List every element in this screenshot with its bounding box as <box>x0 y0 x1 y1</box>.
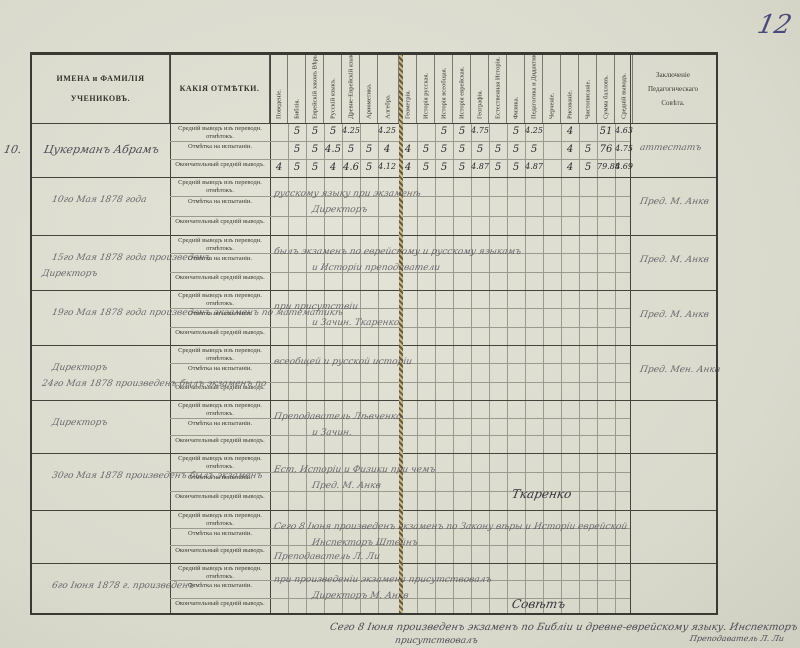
mark-label-final: Окончательный средній выводъ. <box>170 437 270 445</box>
handwritten-note: 15го Мая 1878 года произведенъ <box>51 253 211 263</box>
subject-label: Поведеніе. <box>275 89 282 119</box>
mark-label-final: Окончательный средній выводъ. <box>170 600 270 608</box>
grade-cell: 5 <box>324 126 342 137</box>
grade-cell: 5 <box>360 162 378 173</box>
grade-cell: 5 <box>507 144 525 155</box>
grade-cell: 4 <box>561 144 579 155</box>
mark-label-exam: Отмѣтка на испытаніи. <box>170 198 270 206</box>
grade-cell: 5 <box>489 162 507 173</box>
grade-cell: 4.69 <box>615 162 633 171</box>
grade-cell: 76 <box>597 144 615 155</box>
subject-label: Черченіе. <box>548 93 555 119</box>
grade-cell: 5 <box>306 162 324 173</box>
subject-label: Физика. <box>512 97 519 119</box>
subject-header-9: Исторія всеобщая. <box>435 55 453 123</box>
subject-label: Библія. <box>293 99 300 119</box>
block-divider <box>32 400 716 401</box>
handwritten-note: и Исторіи преподаватели <box>311 263 441 273</box>
grade-cell: 4.5 <box>324 144 342 155</box>
grade-cell: 5 <box>435 126 453 137</box>
mark-label-final: Окончательный средній выводъ. <box>170 161 270 169</box>
mark-label-exam: Отмѣтка на испытаніи. <box>170 143 270 151</box>
conclusion-note: Пред. Мен. Анкв <box>639 365 721 375</box>
mark-label-exam: Отмѣтка на испытаніи. <box>170 420 270 428</box>
signature: Ткаренко <box>511 487 573 501</box>
grade-cell: 4 <box>324 162 342 173</box>
handwritten-note: 24го Мая 1878 произведенъ былъ экзаменъ … <box>41 379 267 389</box>
grade-cell: 4 <box>399 162 417 173</box>
grade-cell: 5 <box>435 162 453 173</box>
subject-header-6: Алгебра. <box>378 55 399 123</box>
subject-label: Средній выводъ. <box>620 73 627 119</box>
handwritten-note: при произведеніи экзамена присутствовалъ <box>273 575 492 585</box>
grade-cell: 5 <box>453 144 471 155</box>
subject-label: Русскій языкъ. <box>329 78 336 119</box>
grade-cell: 79.88 <box>597 162 615 171</box>
footer-note-line2: присутствовалъ <box>394 636 478 646</box>
grade-cell: 4 <box>270 162 288 173</box>
subject-header-10: Исторія еврейская. <box>453 55 471 123</box>
grade-cell: 5 <box>417 162 435 173</box>
footer-note: Сего 8 Іюня произведенъ экзаменъ по Библ… <box>329 622 800 633</box>
grade-cell: 4.25 <box>525 126 543 135</box>
subject-label: Еврейскій законъ Вѣры. <box>311 55 318 119</box>
grade-cell: 51 <box>597 126 615 137</box>
handwritten-note: Директоръ <box>311 205 368 215</box>
grade-cell: 4.75 <box>471 126 489 135</box>
subject-label: Алгебра. <box>385 95 392 119</box>
grade-cell: 5 <box>417 144 435 155</box>
grade-cell: 4 <box>561 126 579 137</box>
subject-label: Рисованіе. <box>566 90 573 119</box>
conclusion-note: Пред. М. Анкв <box>639 255 709 265</box>
grade-cell: 5 <box>489 144 507 155</box>
signature: Совѣтъ <box>511 597 567 611</box>
subject-header-5: Ариѳметика. <box>360 55 378 123</box>
handwritten-note: 10го Мая 1878 года <box>51 195 147 205</box>
handwritten-note: Директоръ <box>51 363 108 373</box>
mark-label-final: Окончательный средній выводъ. <box>170 493 270 501</box>
grade-cell: 5 <box>507 126 525 137</box>
grade-cell: 4 <box>399 144 417 155</box>
subject-label: Педагогика и Дидактика. <box>530 55 537 119</box>
block-divider <box>32 563 716 564</box>
conclusion-note: Пред. М. Анкв <box>639 197 709 207</box>
mark-label-transfer: Средній выводъ изъ переводн. отмѣтокъ. <box>170 455 270 471</box>
subject-label: Ариѳметика. <box>365 83 372 119</box>
subject-label: Естественная Исторія. <box>494 57 501 119</box>
grade-cell: 4.87 <box>525 162 543 171</box>
subject-header-0: Поведеніе. <box>270 55 288 123</box>
block-divider <box>32 177 716 178</box>
block-divider <box>32 510 716 511</box>
subject-label: Чистописаніе. <box>584 80 591 119</box>
handwritten-note: и Зачин. Ткаренко <box>311 318 400 328</box>
handwritten-note: Инспекторъ Штейнъ <box>311 538 419 548</box>
handwritten-note: Пред. М. Анкв <box>311 481 381 491</box>
mark-label-transfer: Средній выводъ изъ переводн. отмѣтокъ. <box>170 512 270 528</box>
handwritten-note: русскому языку при экзаменѣ <box>273 189 421 199</box>
mark-label-transfer: Средній выводъ изъ переводн. отмѣтокъ. <box>170 237 270 253</box>
grade-cell: 5 <box>342 144 360 155</box>
column-divider <box>270 55 271 613</box>
mark-label-final: Окончательный средній выводъ. <box>170 547 270 555</box>
document-page: 12 ИМЕНА и ФАМИЛІЯ УЧЕНИКОВЪ. КАКІЯ ОТМѢ… <box>0 0 800 648</box>
handwritten-note: и Зачин. <box>311 428 353 438</box>
subject-label: Исторія еврейская. <box>458 67 465 119</box>
subject-header-8: Исторія русская. <box>417 55 435 123</box>
grade-cell: 5 <box>507 162 525 173</box>
subject-header-18: Сумма балловъ. <box>597 55 615 123</box>
mark-label-transfer: Средній выводъ изъ переводн. отмѣтокъ. <box>170 292 270 308</box>
subject-label: Исторія всеобщая. <box>440 68 447 119</box>
subject-header-3: Русскій языкъ. <box>324 55 342 123</box>
grade-cell: 4.87 <box>471 162 489 171</box>
subject-header-1: Библія. <box>288 55 306 123</box>
subject-label: Древне-Еврейскій языкъ. <box>347 55 354 119</box>
page-number: 12 <box>755 10 794 40</box>
grade-cell: 5 <box>360 144 378 155</box>
subject-header-14: Педагогика и Дидактика. <box>525 55 543 123</box>
subject-header-2: Еврейскій законъ Вѣры. <box>306 55 324 123</box>
student-name: Цукерманъ Абрамъ <box>43 143 160 156</box>
block-divider <box>32 345 716 346</box>
handwritten-note: Ест. Исторіи и Физики при чемъ <box>273 465 436 475</box>
subject-label: Геометрія. <box>404 90 411 119</box>
subject-header-13: Физика. <box>507 55 525 123</box>
mark-label-transfer: Средній выводъ изъ переводн. отмѣтокъ. <box>170 565 270 581</box>
handwritten-note: Директоръ <box>51 418 108 428</box>
handwritten-note: Сего 8 Іюня произведенъ экзаменъ по Зако… <box>273 522 628 532</box>
handwritten-note: Директоръ <box>41 269 98 279</box>
grade-cell: 5 <box>579 144 597 155</box>
footer-note-line3: Преподаватель Л. Ли <box>689 634 785 643</box>
grade-cell: 5 <box>525 144 543 155</box>
handwritten-note: всеобщей и русской исторіи <box>273 357 413 367</box>
subject-header-12: Естественная Исторія. <box>489 55 507 123</box>
subject-header-4: Древне-Еврейскій языкъ. <box>342 55 360 123</box>
mark-label-final: Окончательный средній выводъ. <box>170 329 270 337</box>
grade-cell: 5 <box>453 126 471 137</box>
subject-header-11: Географія. <box>471 55 489 123</box>
mark-label-exam: Отмѣтка на испытаніи. <box>170 365 270 373</box>
handwritten-note: 30го Мая 1878 произведенъ былъ экзаменъ <box>51 471 263 481</box>
student-number: 10. <box>3 143 23 156</box>
block-divider <box>32 453 716 454</box>
handwritten-note: Преподаватель Лѣвченко <box>273 412 402 422</box>
grade-cell: 5 <box>288 144 306 155</box>
subject-label: Сумма балловъ. <box>602 75 609 119</box>
subject-label: Исторія русская. <box>422 73 429 119</box>
mark-label-transfer: Средній выводъ изъ переводн. отмѣтокъ. <box>170 179 270 195</box>
grade-cell: 5 <box>288 126 306 137</box>
grade-cell: 4 <box>378 144 396 155</box>
header-conclusion: Заключеніе Педагогическаго Совѣта. <box>630 55 716 123</box>
handwritten-note: Преподаватель Л. Ли <box>273 552 380 562</box>
grade-cell: 5 <box>453 162 471 173</box>
mark-label-final: Окончательный средній выводъ. <box>170 274 270 282</box>
mark-label-final: Окончательный средній выводъ. <box>170 218 270 226</box>
mark-label-exam: Отмѣтка на испытаніи. <box>170 530 270 538</box>
grade-cell: 4.63 <box>615 126 633 135</box>
grade-cell: 5 <box>471 144 489 155</box>
grade-cell: 4.25 <box>342 126 360 135</box>
mark-label-transfer: Средній выводъ изъ переводн. отмѣтокъ. <box>170 347 270 363</box>
handwritten-note: при присутствіи <box>273 302 359 312</box>
conclusion-note: Пред. М. Анкв <box>639 310 709 320</box>
mark-label-transfer: Средній выводъ изъ переводн. отмѣтокъ. <box>170 402 270 418</box>
grades-ledger-table: ИМЕНА и ФАМИЛІЯ УЧЕНИКОВЪ. КАКІЯ ОТМѢТКИ… <box>30 52 718 615</box>
grade-cell: 5 <box>306 126 324 137</box>
handwritten-note: былъ экзаменъ по еврейскому и русскому я… <box>273 247 522 257</box>
handwritten-note: 6го Іюня 1878 г. произведенъ <box>51 581 195 591</box>
block-divider <box>32 235 716 236</box>
grade-cell: 4.12 <box>378 162 396 171</box>
grade-cell: 5 <box>435 144 453 155</box>
mark-label-transfer: Средній выводъ изъ переводн. отмѣтокъ. <box>170 125 270 141</box>
block-divider <box>32 290 716 291</box>
grade-cell: 5 <box>288 162 306 173</box>
subject-header-17: Чистописаніе. <box>579 55 597 123</box>
grade-cell: 4.25 <box>378 126 396 135</box>
grade-cell: 4.75 <box>615 144 633 153</box>
conclusion-note: аттестатъ <box>639 143 702 153</box>
grade-cell: 5 <box>579 162 597 173</box>
header-divider <box>32 123 716 124</box>
grade-cell: 5 <box>306 144 324 155</box>
handwritten-note: Директоръ М. Анкв <box>311 591 409 601</box>
column-divider <box>630 55 631 613</box>
subject-header-16: Рисованіе. <box>561 55 579 123</box>
subject-label: Географія. <box>476 90 483 119</box>
subject-header-15: Черченіе. <box>543 55 561 123</box>
grade-cell: 4.6 <box>342 162 360 173</box>
header-names: ИМЕНА и ФАМИЛІЯ УЧЕНИКОВЪ. <box>32 55 170 123</box>
grade-cell: 4 <box>561 162 579 173</box>
header-marks: КАКІЯ ОТМѢТКИ. <box>170 55 270 123</box>
